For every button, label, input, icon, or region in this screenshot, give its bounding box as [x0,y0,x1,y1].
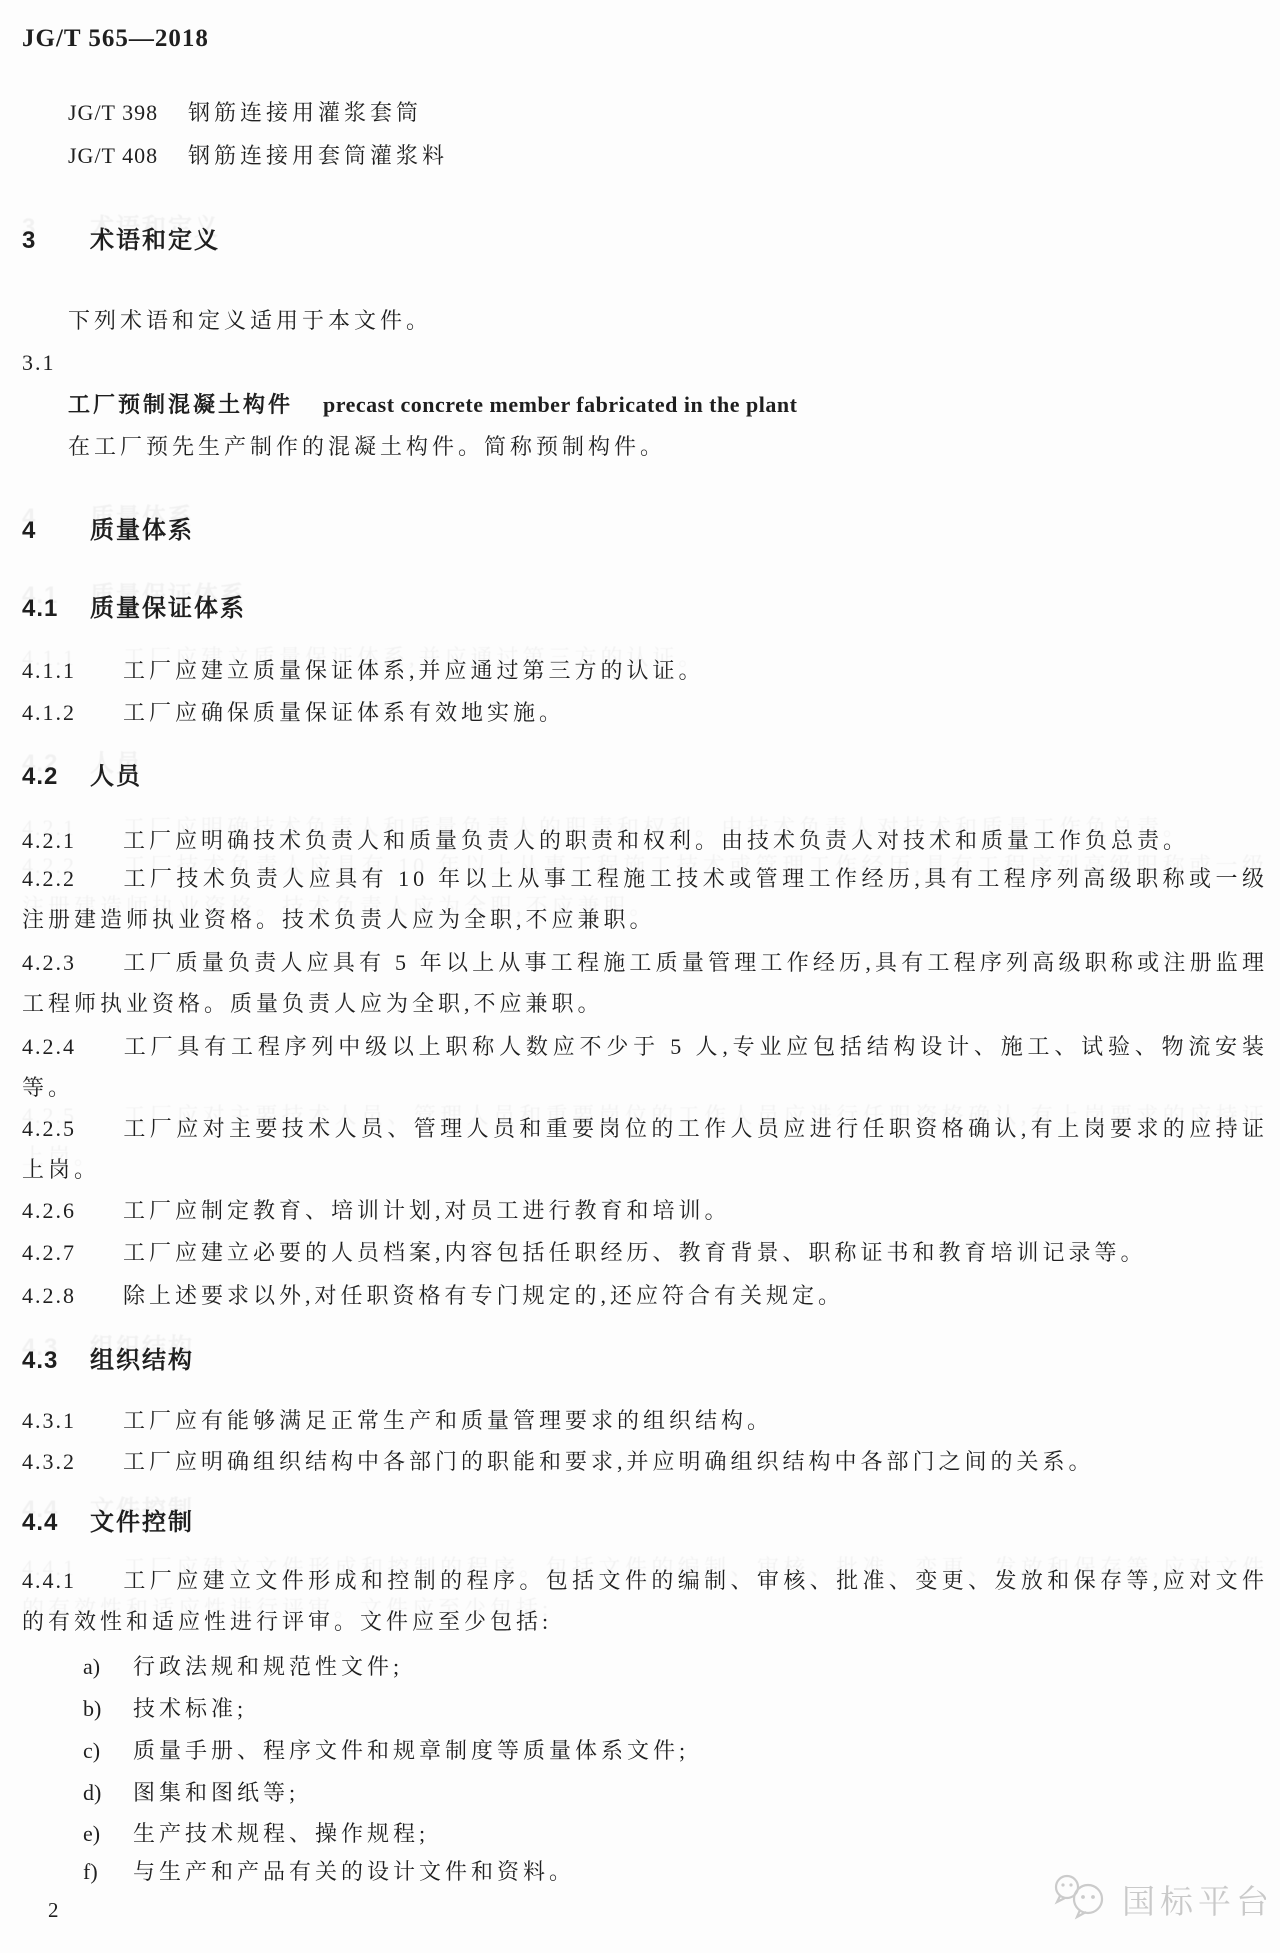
clause-text: 工厂应建立质量保证体系,并应通过第三方的认证。 [123,658,705,683]
clause-number: 4.1.1 [22,650,123,691]
section-3-heading: 3术语和定义 [22,220,1268,261]
subsection-title: 质量保证体系 [90,595,246,622]
section-number: 3 [22,220,90,261]
subsection-title: 组织结构 [90,1347,194,1374]
clause-text: 工厂技术负责人应具有 10 年以上从事工程施工技术或管理工作经历,具有工程序列高… [22,866,1268,932]
clause-4-4-1: 4.4.1工厂应建立文件形成和控制的程序。包括文件的编制、审核、批准、变更、发放… [22,1560,1268,1642]
clause-text: 除上述要求以外,对任职资格有专门规定的,还应符合有关规定。 [123,1283,844,1308]
subsection-4-3-heading: 4.3组织结构 [22,1340,1268,1381]
list-text: 质量手册、程序文件和规章制度等质量体系文件; [133,1738,689,1763]
clause-number: 4.2.2 [22,858,123,899]
subsection-number: 4.2 [22,756,90,797]
list-item-c: c)质量手册、程序文件和规章制度等质量体系文件; [22,1730,1280,1771]
term-entry: 工厂预制混凝土构件precast concrete member fabrica… [22,384,1280,425]
clause-number: 4.3.1 [22,1400,123,1441]
section-title: 质量体系 [90,517,194,544]
clause-number: 4.2.6 [22,1190,123,1231]
clause-text: 工厂应有能够满足正常生产和质量管理要求的组织结构。 [123,1408,773,1433]
reference-title: 钢筋连接用套筒灌浆料 [188,143,448,168]
document-page: JG/T 565—2018 JG/T 398钢筋连接用灌浆套筒 JG/T 408… [0,0,1280,1953]
clause-text: 工厂应确保质量保证体系有效地实施。 [123,700,565,725]
clause-number: 4.4.1 [22,1560,123,1601]
clause-text: 工厂质量负责人应具有 5 年以上从事工程施工质量管理工作经历,具有工程序列高级职… [22,950,1268,1016]
clause-text: 工厂应制定教育、培训计划,对员工进行教育和培训。 [123,1198,731,1223]
wechat-chat-bubbles-icon [1050,1872,1112,1927]
clause-4-2-6: 4.2.6工厂应制定教育、培训计划,对员工进行教育和培训。 [22,1190,1268,1231]
clause-number: 4.2.5 [22,1108,123,1149]
list-marker: f) [83,1851,133,1892]
clause-number: 4.2.1 [22,820,123,861]
normative-reference: JG/T 398钢筋连接用灌浆套筒 [22,92,1280,133]
list-marker: d) [83,1772,133,1813]
clause-4-2-3: 4.2.3工厂质量负责人应具有 5 年以上从事工程施工质量管理工作经历,具有工程… [22,942,1268,1024]
list-text: 技术标准; [133,1696,247,1721]
list-marker: b) [83,1688,133,1729]
clause-text: 工厂应对主要技术人员、管理人员和重要岗位的工作人员应进行任职资格确认,有上岗要求… [22,1116,1268,1182]
clause-text: 工厂应明确组织结构中各部门的职能和要求,并应明确组织结构中各部门之间的关系。 [123,1449,1095,1474]
reference-title: 钢筋连接用灌浆套筒 [188,100,422,125]
clause-4-2-7: 4.2.7工厂应建立必要的人员档案,内容包括任职经历、教育背景、职称证书和教育培… [22,1232,1268,1273]
clause-4-2-8: 4.2.8除上述要求以外,对任职资格有专门规定的,还应符合有关规定。 [22,1275,1268,1316]
subsection-4-4-heading: 4.4文件控制 [22,1502,1268,1543]
section-3-intro: 下列术语和定义适用于本文件。 [22,300,1280,341]
clause-4-2-2: 4.2.2工厂技术负责人应具有 10 年以上从事工程施工技术或管理工作经历,具有… [22,858,1268,940]
section-title: 术语和定义 [90,227,220,254]
section-number: 4 [22,510,90,551]
subsection-number: 4.1 [22,588,90,629]
standard-number-header: JG/T 565—2018 [22,18,1268,59]
clause-3-1-number: 3.1 [22,342,1268,383]
clause-4-1-1: 4.1.1工厂应建立质量保证体系,并应通过第三方的认证。 [22,650,1268,691]
page-number: 2 [48,1890,108,1931]
clause-4-2-4: 4.2.4工厂具有工程序列中级以上职称人数应不少于 5 人,专业应包括结构设计、… [22,1026,1268,1108]
watermark-label: 国标平台 [1122,1876,1274,1923]
clause-4-1-2: 4.1.2工厂应确保质量保证体系有效地实施。 [22,692,1268,733]
term-chinese: 工厂预制混凝土构件 [68,392,293,417]
clause-number: 4.3.2 [22,1441,123,1482]
list-marker: c) [83,1730,133,1771]
list-marker: a) [83,1646,133,1687]
clause-text: 工厂应建立文件形成和控制的程序。包括文件的编制、审核、批准、变更、发放和保存等,… [22,1568,1268,1634]
list-item-d: d)图集和图纸等; [22,1772,1280,1813]
list-text: 与生产和产品有关的设计文件和资料。 [133,1859,575,1884]
list-item-a: a)行政法规和规范性文件; [22,1646,1280,1687]
clause-number: 4.2.7 [22,1232,123,1273]
reference-code: JG/T 408 [68,135,188,176]
term-english: precast concrete member fabricated in th… [323,392,797,417]
term-definition: 在工厂预先生产制作的混凝土构件。简称预制构件。 [22,426,1280,467]
subsection-number: 4.4 [22,1502,90,1543]
clause-4-3-1: 4.3.1工厂应有能够满足正常生产和质量管理要求的组织结构。 [22,1400,1268,1441]
subsection-4-2-heading: 4.2人员 [22,756,1268,797]
section-4-heading: 4质量体系 [22,510,1268,551]
list-text: 生产技术规程、操作规程; [133,1821,429,1846]
list-marker: e) [83,1813,133,1854]
list-text: 图集和图纸等; [133,1780,299,1805]
list-item-e: e)生产技术规程、操作规程; [22,1813,1280,1854]
clause-number: 4.1.2 [22,692,123,733]
subsection-title: 人员 [90,763,142,790]
subsection-4-1-heading: 4.1质量保证体系 [22,588,1268,629]
watermark: 国标平台 [1050,1872,1274,1927]
clause-number: 4.2.3 [22,942,123,983]
subsection-number: 4.3 [22,1340,90,1381]
subsection-title: 文件控制 [90,1509,194,1536]
clause-4-2-5: 4.2.5工厂应对主要技术人员、管理人员和重要岗位的工作人员应进行任职资格确认,… [22,1108,1268,1190]
reference-code: JG/T 398 [68,92,188,133]
clause-number: 4.2.8 [22,1275,123,1316]
clause-4-3-2: 4.3.2工厂应明确组织结构中各部门的职能和要求,并应明确组织结构中各部门之间的… [22,1441,1268,1482]
clause-text: 工厂具有工程序列中级以上职称人数应不少于 5 人,专业应包括结构设计、施工、试验… [22,1034,1268,1100]
list-text: 行政法规和规范性文件; [133,1654,403,1679]
clause-number: 4.2.4 [22,1026,123,1067]
clause-text: 工厂应建立必要的人员档案,内容包括任职经历、教育背景、职称证书和教育培训记录等。 [123,1240,1147,1265]
list-item-b: b)技术标准; [22,1688,1280,1729]
clause-4-2-1: 4.2.1工厂应明确技术负责人和质量负责人的职责和权利。由技术负责人对技术和质量… [22,820,1268,861]
normative-reference: JG/T 408钢筋连接用套筒灌浆料 [22,135,1280,176]
clause-text: 工厂应明确技术负责人和质量负责人的职责和权利。由技术负责人对技术和质量工作负总责… [123,828,1189,853]
